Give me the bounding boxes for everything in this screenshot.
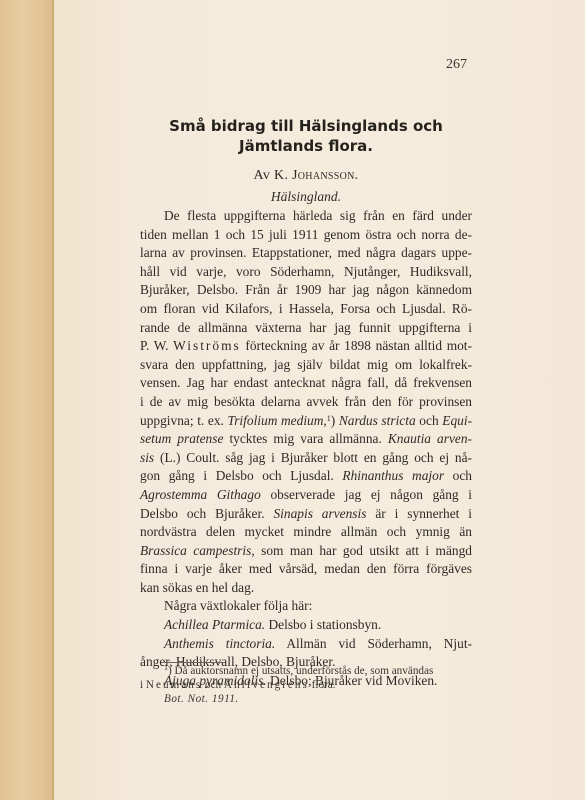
- species-name: Knautia arven-: [388, 431, 472, 446]
- body-line: De flesta uppgifterna härleda sig från e…: [140, 207, 472, 226]
- species-name: sis: [140, 450, 154, 465]
- page-number: 267: [446, 57, 467, 73]
- body-line: svara den uppfattning, jag själv bildat …: [140, 356, 472, 375]
- body-line: Agrostemma Githago observerade jag ej nå…: [140, 486, 472, 505]
- author-prefix: Av: [254, 168, 271, 183]
- locality-entry: Achillea Ptarmica. Delsbo i stationsbyn.: [140, 616, 472, 635]
- body-line: Delsbo och Bjuråker. Sinapis arvensis är…: [140, 505, 472, 524]
- body-line: nordvästra delen mycket mindre allmän oc…: [140, 523, 472, 542]
- body-line: finna i varje åker med vårsäd, medan den…: [140, 560, 472, 579]
- author-name: K. Johansson.: [274, 168, 358, 183]
- body-line: tiden mellan 1 och 15 juli 1911 genom ös…: [140, 226, 472, 245]
- species-name: Sinapis arvensis: [273, 506, 366, 521]
- localities-intro: Några växtlokaler följa här:: [140, 597, 472, 616]
- footnote: 1) Då auktorsnamn ej utsatts, underförst…: [140, 664, 472, 706]
- footnote-line-2: i Neumans och Ahlfvengrens flora.: [140, 678, 472, 692]
- article-body: De flesta uppgifterna härleda sig från e…: [140, 207, 472, 690]
- author-name-spaced: Wiströms: [173, 338, 241, 353]
- species-name: setum pratense: [140, 431, 223, 446]
- article-title-line-2: Jämtlands flora.: [140, 136, 472, 156]
- footnote-author-2: Ahlfvengrens: [224, 679, 309, 691]
- body-line: P. W. Wiströms förteckning av år 1898 nä…: [140, 337, 472, 356]
- article-author: Av K. Johansson.: [140, 168, 472, 184]
- body-line: håll vid varje, voro Söderhamn, Njutånge…: [140, 263, 472, 282]
- article-title: Små bidrag till Hälsinglands och Jämtlan…: [140, 116, 472, 156]
- species-name: Agrostemma Githago: [140, 487, 261, 502]
- footnote-line-1: 1) Då auktorsnamn ej utsatts, underförst…: [140, 664, 472, 678]
- footnote-ref: 1: [327, 414, 331, 423]
- body-line: larna av provinsen. Etappstationer, med …: [140, 244, 472, 263]
- body-line: Bjuråker, Delsbo. Från år 1909 har jag n…: [140, 281, 472, 300]
- body-line: uppgivna; t. ex. Trifolium medium,1) Nar…: [140, 412, 472, 431]
- article-title-line-1: Små bidrag till Hälsinglands och: [140, 116, 472, 136]
- locality-entry: Anthemis tinctoria. Allmän vid Söderhamn…: [140, 635, 472, 654]
- species-name: Nardus stricta: [339, 413, 416, 428]
- body-line: vensen. Jag har endast antecknat några f…: [140, 374, 472, 393]
- locality-species: Achillea Ptarmica.: [164, 617, 265, 632]
- body-line: Brassica campestris, som man har god uts…: [140, 542, 472, 561]
- footnote-source: Bot. Not. 1911.: [140, 692, 472, 706]
- species-name: Rhinanthus major: [342, 468, 444, 483]
- body-line: om floran vid Kilafors, i Hassela, Forsa…: [140, 300, 472, 319]
- species-name: Trifolium medium,: [228, 413, 327, 428]
- book-binding-gutter: [0, 0, 53, 800]
- species-name: Brassica campestris,: [140, 543, 255, 558]
- body-line: kan sökas en hel dag.: [140, 579, 472, 598]
- body-line: sis (L.) Coult. såg jag i Bjuråker blott…: [140, 449, 472, 468]
- species-name: Equi-: [442, 413, 472, 428]
- body-line: rande de allmänna växterna har jag funni…: [140, 319, 472, 338]
- body-line: i de av mig besökta delarna avvek från d…: [140, 393, 472, 412]
- section-heading: Hälsingland.: [140, 189, 472, 205]
- footnote-author-1: Neumans: [146, 679, 202, 691]
- body-line: gon gång i Delsbo och Ljusdal. Rhinanthu…: [140, 467, 472, 486]
- body-line: setum pratense tycktes mig vara allmänna…: [140, 430, 472, 449]
- footnote-divider: [165, 662, 225, 663]
- locality-species: Anthemis tinctoria.: [164, 636, 275, 651]
